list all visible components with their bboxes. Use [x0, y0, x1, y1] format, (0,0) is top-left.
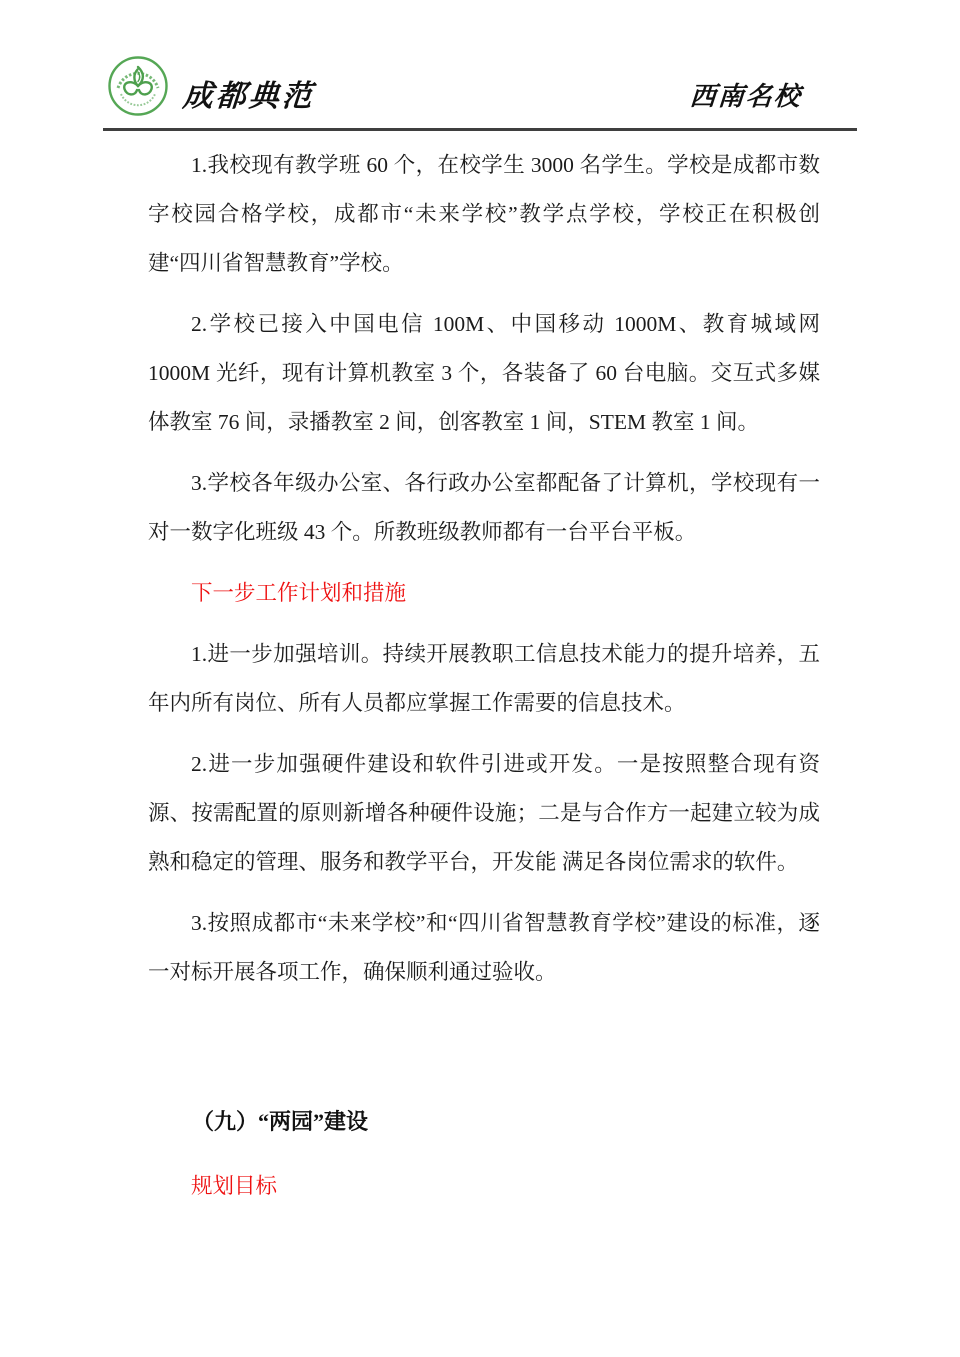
paragraph-standards-compliance: 3.按照成都市“未来学校”和“四川省智慧教育学校”建设的标准，逐一对标开展各项工…	[148, 899, 820, 997]
heading-section-nine: （九）“两园”建设	[148, 1097, 820, 1146]
paragraph-office-computers: 3.学校各年级办公室、各行政办公室都配备了计算机，学校现有一对一数字化班级 43…	[148, 459, 820, 557]
document-page: 成都典范 西南名校 1.我校现有教学班 60 个，在校学生 3000 名学生。学…	[0, 0, 960, 1357]
paragraph-training-plan: 1.进一步加强培训。持续开展教职工信息技术能力的提升培养，五年内所有岗位、所有人…	[148, 630, 820, 728]
paragraph-school-overview: 1.我校现有教学班 60 个，在校学生 3000 名学生。学校是成都市数字校园合…	[148, 141, 820, 288]
document-body: 1.我校现有教学班 60 个，在校学生 3000 名学生。学校是成都市数字校园合…	[148, 141, 820, 1211]
heading-planning-goal: 规划目标	[148, 1162, 820, 1211]
paragraph-network-equipment: 2.学校已接入中国电信 100M、中国移动 1000M、教育城域网 1000M …	[148, 300, 820, 447]
heading-next-steps: 下一步工作计划和措施	[148, 569, 820, 618]
brand-calligraphy-right: 西南名校	[689, 76, 804, 113]
brand-calligraphy-left: 成都典范	[181, 71, 316, 115]
school-emblem-icon	[107, 55, 169, 117]
paragraph-hardware-software-plan: 2.进一步加强硬件建设和软件引进或开发。一是按照整合现有资源、按需配置的原则新增…	[148, 740, 820, 887]
page-header: 成都典范 西南名校	[103, 55, 857, 131]
